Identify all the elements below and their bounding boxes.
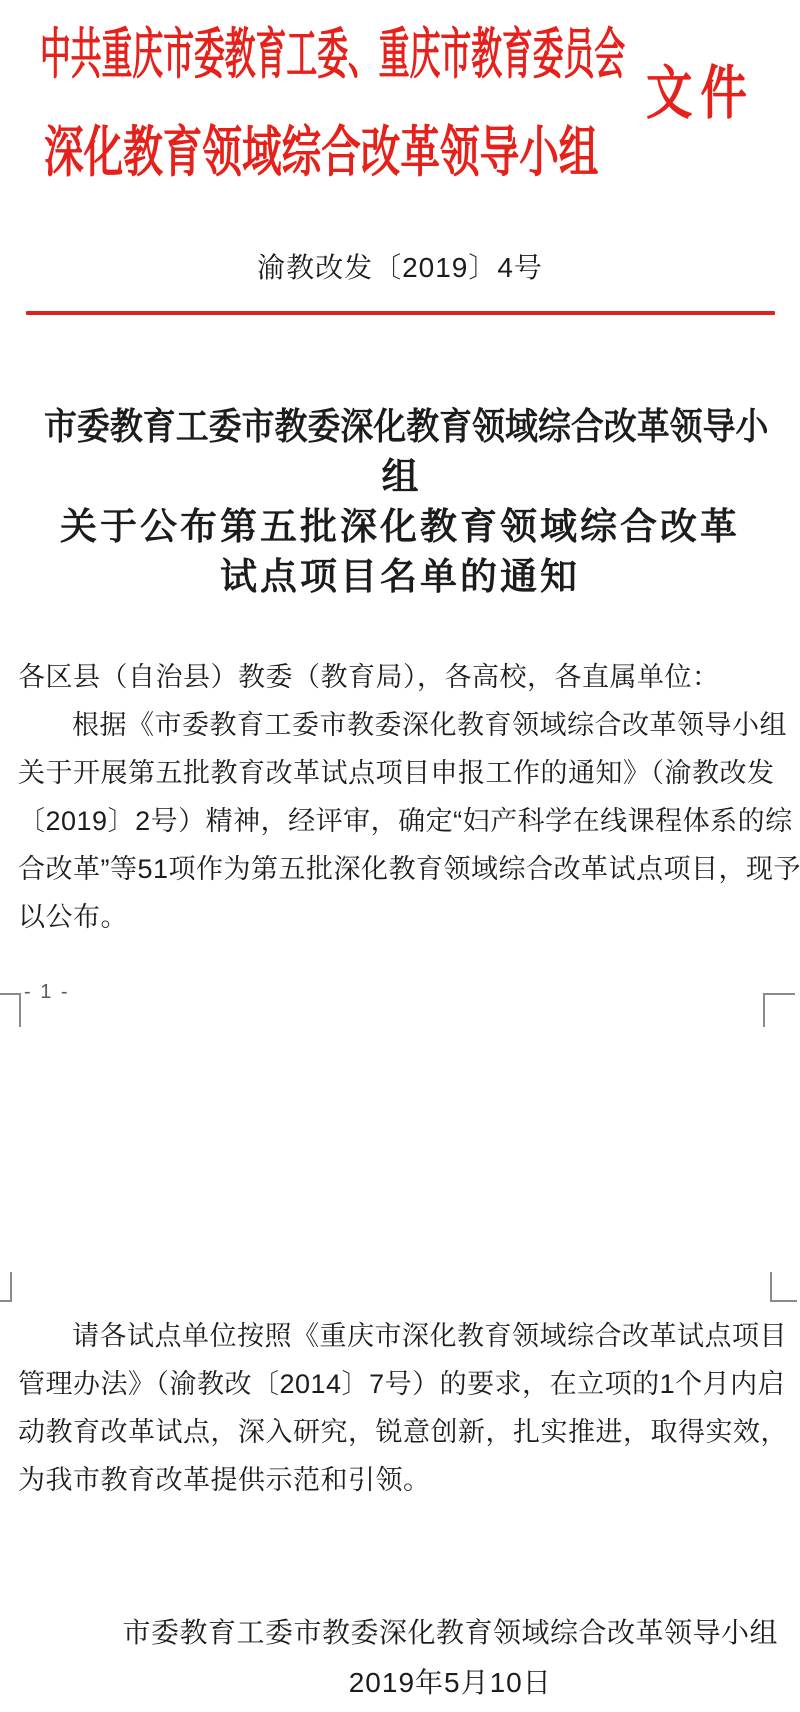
signature-block: 市委教育工委市教委深化教育领域综合改革领导小组 2019年5月10日 — [122, 1616, 778, 1700]
document-title-line: 组 — [0, 452, 800, 502]
salutation-line: 各区县（自治县）教委（教育局），各高校，各直属单位： — [18, 653, 788, 701]
body-section-2: 请各试点单位按照《重庆市深化教育领域综合改革试点项目管理办法》（渝教改〔2014… — [18, 1312, 788, 1504]
red-separator-rule — [26, 311, 775, 315]
document-title: 市委教育工委市教委深化教育领域综合改革领导小组关于公布第五批深化教育领域综合改革… — [0, 402, 800, 602]
paragraph-1-line: 以公布。 — [18, 893, 788, 941]
document-title-line: 市委教育工委市教委深化教育领域综合改革领导小 — [44, 402, 756, 452]
signature-issuer: 市委教育工委市教委深化教育领域综合改革领导小组 — [122, 1616, 778, 1650]
signature-date: 2019年5月10日 — [122, 1666, 778, 1700]
paragraph-2-line: 为我市教育改革提供示范和引领。 — [18, 1456, 788, 1504]
document-number: 渝教改发〔2019〕4号 — [0, 250, 800, 286]
paragraph-1-line: 〔2019〕2号）精神，经评审，确定“妇产科学在线课程体系的综 — [18, 797, 788, 845]
paragraph-1-line: 合改革”等51项作为第五批深化教育领域综合改革试点项目，现予 — [18, 845, 788, 893]
paragraph-2: 请各试点单位按照《重庆市深化教育领域综合改革试点项目管理办法》（渝教改〔2014… — [18, 1312, 788, 1504]
paragraph-2-line: 管理办法》（渝教改〔2014〕7号）的要求，在立项的1个月内启 — [18, 1360, 788, 1408]
letterhead-issuer-line-2: 深化教育领域综合改革领导小组 — [44, 122, 598, 182]
letterhead-issuer-line-1: 中共重庆市委教育工委、重庆市教育委员会 — [40, 24, 625, 84]
paragraph-2-line: 请各试点单位按照《重庆市深化教育领域综合改革试点项目 — [18, 1312, 788, 1360]
crop-mark-bottom-left — [0, 1272, 12, 1302]
page-number: - 1 - — [24, 980, 70, 1004]
body-section-1: 各区县（自治县）教委（教育局），各高校，各直属单位： 根据《市委教育工委市教委深… — [18, 653, 788, 941]
paragraph-1: 根据《市委教育工委市教委深化教育领域综合改革领导小组关于开展第五批教育改革试点项… — [18, 701, 788, 941]
scanned-official-document: 中共重庆市委教育工委、重庆市教育委员会 深化教育领域综合改革领导小组 文件 渝教… — [0, 0, 800, 1712]
paragraph-1-line: 关于开展第五批教育改革试点项目申报工作的通知》（渝教改发 — [18, 749, 788, 797]
document-title-line: 关于公布第五批深化教育领域综合改革 — [0, 502, 800, 552]
crop-mark-bottom-right — [770, 1272, 797, 1302]
letterhead-document-type-label: 文件 — [646, 64, 755, 124]
paragraph-1-line: 根据《市委教育工委市教委深化教育领域综合改革领导小组 — [18, 701, 788, 749]
crop-mark-top-left — [0, 993, 21, 1027]
crop-mark-top-right — [763, 993, 795, 1027]
document-title-line: 试点项目名单的通知 — [0, 552, 800, 602]
paragraph-2-line: 动教育改革试点，深入研究，锐意创新，扎实推进，取得实效， — [18, 1408, 788, 1456]
